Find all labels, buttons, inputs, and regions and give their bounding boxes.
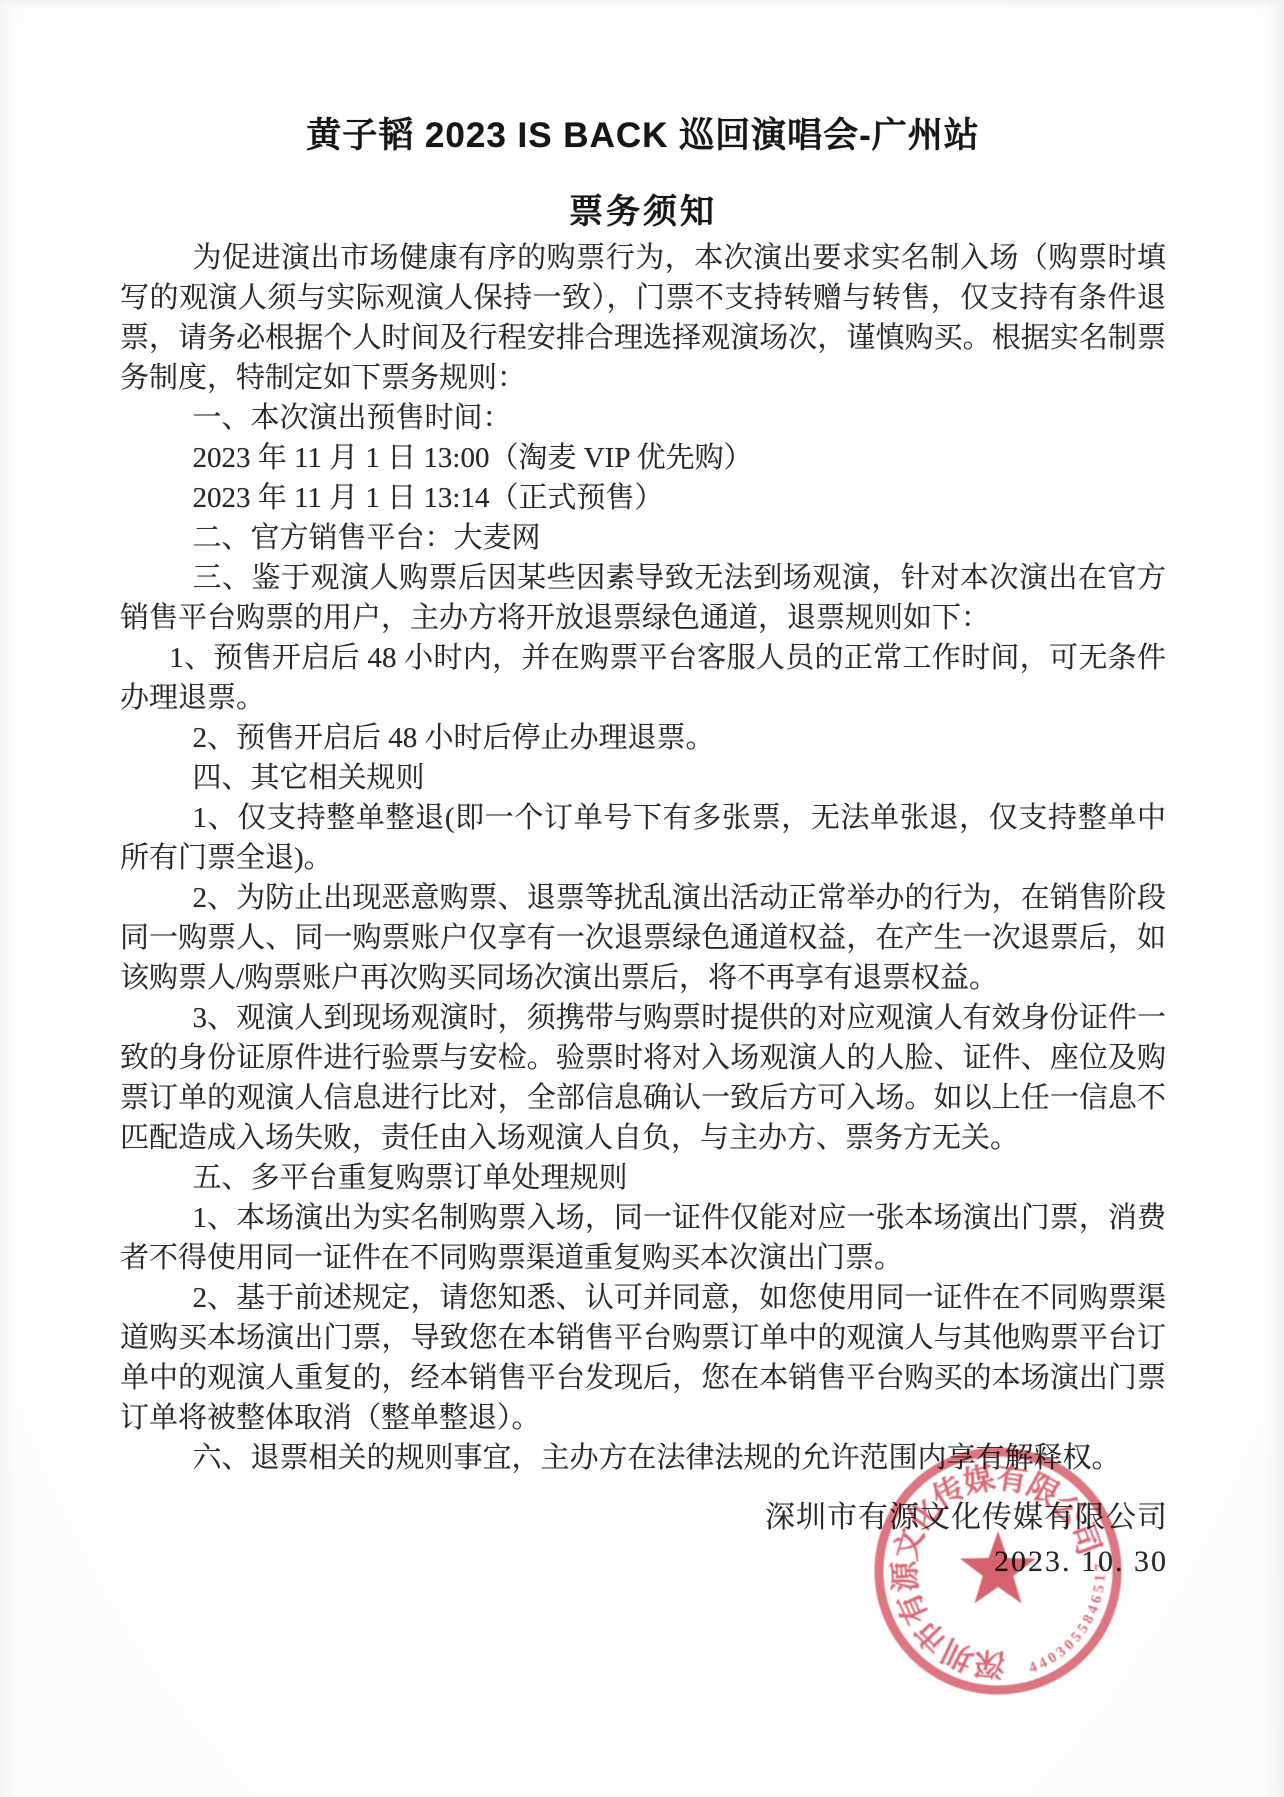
company-seal-stamp: 深圳市有源文化传媒有限公司4403055846517 [858, 1431, 1138, 1711]
document-title: 黄子韬 2023 IS BACK 巡回演唱会-广州站 [120, 108, 1166, 158]
paragraph-presale-time-1: 2023 年 11 月 1 日 13:00（淘麦 VIP 优先购） [120, 438, 1166, 478]
paragraph-presale-time-2: 2023 年 11 月 1 日 13:14（正式预售） [120, 478, 1166, 518]
paragraph-intro: 为促进演出市场健康有序的购票行为，本次演出要求实名制入场（购票时填写的观演人须与… [120, 238, 1166, 398]
seal-ring-character: 源 [887, 1559, 924, 1593]
document-subtitle: 票务须知 [120, 184, 1166, 233]
paragraph-section1-heading: 一、本次演出预售时间： [120, 398, 1166, 438]
seal-serial-digit: 5 [1091, 1584, 1108, 1594]
seal-serial-digit: 6 [1088, 1593, 1106, 1605]
paragraph-section4-heading: 四、其它相关规则 [120, 758, 1166, 798]
seal-serial-digit: 7 [1093, 1563, 1109, 1572]
document-body: 为促进演出市场健康有序的购票行为，本次演出要求实名制入场（购票时填写的观演人须与… [120, 238, 1166, 1478]
paragraph-other-rule-3: 3、观演人到现场观演时，须携带与购票时提供的对应观演人有效身份证件一致的身份证原… [120, 998, 1166, 1158]
paragraph-section3-heading: 三、鉴于观演人购票后因某些因素导致无法到场观演，针对本次演出在官方销售平台购票的… [120, 558, 1166, 638]
page-edge-shade [1264, 0, 1284, 1797]
paragraph-refund-rule-1: 1、预售开启后 48 小时内，并在购票平台客服人员的正常工作时间，可无条件办理退… [120, 638, 1166, 718]
paragraph-other-rule-2: 2、为防止出现恶意购票、退票等扰乱演出活动正常举办的行为，在销售阶段同一购票人、… [120, 878, 1166, 998]
paragraph-multi-rule-2: 2、基于前述规定，请您知悉、认可并同意，如您使用同一证件在不同购票渠道购买本场演… [120, 1278, 1166, 1438]
paragraph-refund-rule-2: 2、预售开启后 48 小时后停止办理退票。 [120, 718, 1166, 758]
seal-serial-digit: 1 [1092, 1574, 1108, 1583]
paragraph-other-rule-1: 1、仅支持整单整退(即一个订单号下有多张票，无法单张退，仅支持整单中所有门票全退… [120, 798, 1166, 878]
seal-star-icon [960, 1531, 1036, 1603]
seal-ring-character: 媒 [960, 1460, 998, 1501]
document-page: 黄子韬 2023 IS BACK 巡回演唱会-广州站 票务须知 为促进演出市场健… [0, 0, 1284, 1797]
paragraph-section5-heading: 五、多平台重复购票订单处理规则 [120, 1158, 1166, 1198]
paragraph-section2-heading: 二、官方销售平台：大麦网 [120, 518, 1166, 558]
paragraph-multi-rule-1: 1、本场演出为实名制购票入场，同一证件仅能对应一张本场演出门票，消费者不得使用同… [120, 1198, 1166, 1278]
